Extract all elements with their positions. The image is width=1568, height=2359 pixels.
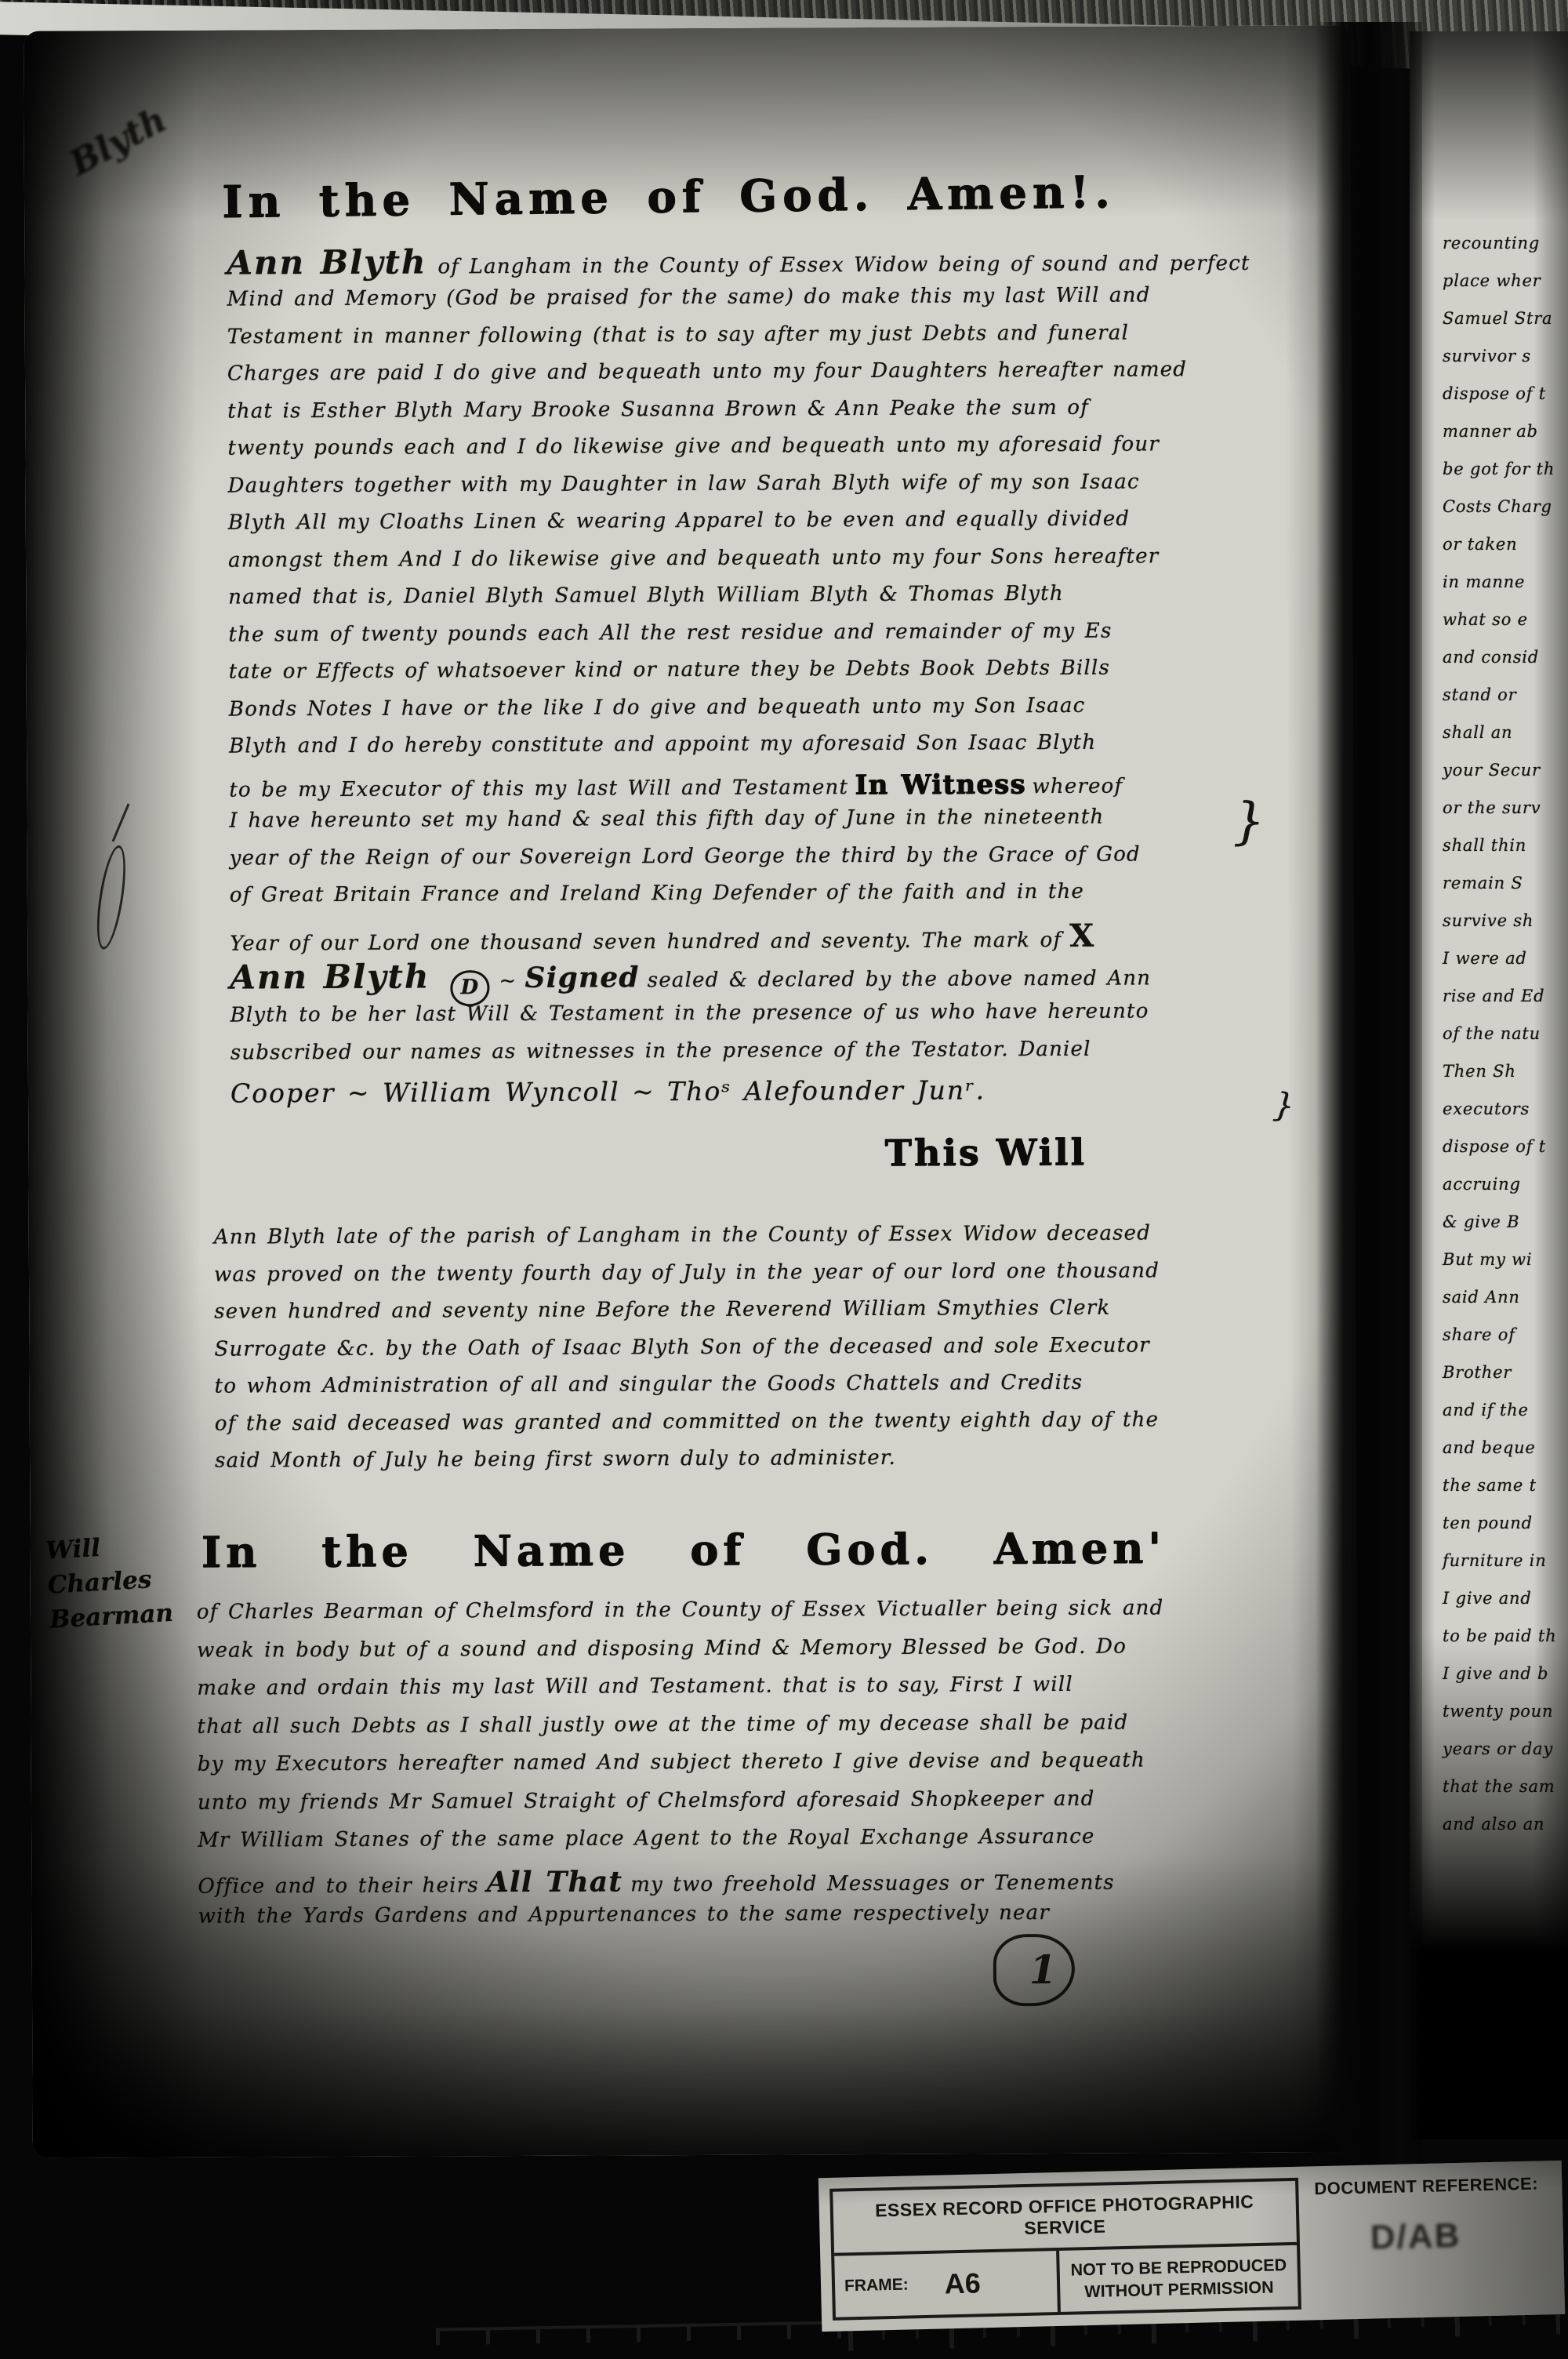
fragment-line: Samuel Stra <box>1443 309 1556 347</box>
fragment-line: that the sam <box>1443 1777 1556 1815</box>
fragment-line: survive sh <box>1443 911 1556 949</box>
will-line: Daughters together with my Daughter in l… <box>228 469 1251 511</box>
document-reference-value: D/AB <box>1370 2214 1555 2258</box>
measuring-scale-faint <box>436 2321 844 2354</box>
fragment-line: and if the <box>1443 1401 1556 1438</box>
signed-word: Signed <box>524 961 639 994</box>
fragment-line: years or day <box>1443 1739 1556 1777</box>
witness-pre: to be my Executor of this my last Will a… <box>229 776 848 801</box>
fragment-line: executors <box>1443 1100 1556 1137</box>
fragment-line: to be paid th <box>1443 1627 1556 1664</box>
will2-text: of Charles Bearman of Chelmsford in the … <box>197 1596 1165 1943</box>
fragment-line: I were ad <box>1443 949 1556 987</box>
fragment-line: in manne <box>1443 572 1556 610</box>
will-line: by my Executors hereafter named And subj… <box>198 1748 1165 1790</box>
will-line: amongst them And I do likewise give and … <box>228 543 1251 585</box>
will-line: Blyth to be her last Will & Testament in… <box>230 999 1254 1041</box>
will2-lines-a: of Charles Bearman of Chelmsford in the … <box>197 1596 1165 1866</box>
testator-mark-x: X <box>1069 917 1094 954</box>
will-line: Blyth All my Cloaths Linen & wearing App… <box>228 507 1251 548</box>
fragment-line: Then Sh <box>1443 1062 1556 1100</box>
fragment-line: or taken <box>1443 535 1556 572</box>
fragment-line: what so e <box>1443 610 1556 648</box>
will1-lines-a: Mind and Memory (God be praised for the … <box>227 283 1253 772</box>
fragment-line: place wher <box>1443 271 1556 309</box>
allthat-pre: Office and to their heirs <box>198 1874 479 1899</box>
testator-name: Ann Blyth <box>227 242 426 282</box>
will2-allthat-line: Office and to their heirsAll Thatmy two … <box>198 1863 1165 1905</box>
probate-line: of the said deceased was granted and com… <box>215 1408 1160 1449</box>
will-line: subscribed our names as witnesses in the… <box>230 1036 1254 1078</box>
brace-mark: } <box>1232 793 1265 851</box>
will-line: year of the Reign of our Sovereign Lord … <box>230 841 1253 883</box>
fragment-line: shall an <box>1443 723 1556 761</box>
frame-label: FRAME: <box>844 2276 909 2296</box>
will-line: the sum of twenty pounds each All the re… <box>228 618 1251 660</box>
reproduction-notice: NOT TO BE REPRODUCED WITHOUT PERMISSION <box>1059 2245 1298 2312</box>
fragment-line: and consid <box>1443 648 1556 685</box>
fragment-line: of the natu <box>1443 1024 1556 1062</box>
will1-witness-line: to be my Executor of this my last Will a… <box>229 767 1252 809</box>
page-number: 1 <box>1029 1946 1057 1993</box>
will1-lines-b: I have hereunto set my hand & seal this … <box>229 805 1253 921</box>
margin-note-will2: WillCharlesBearman <box>45 1527 174 1637</box>
witness-names-line: Cooper ~ William Wyncoll ~ Thoˢ Alefound… <box>230 1074 1254 1133</box>
fragment-lines: recountingplace wherSamuel Strasurvivor … <box>1443 234 1556 1852</box>
photograph-frame: Blyth In the Name of God. Amen!. Ann Bly… <box>0 0 1568 2359</box>
will2-heading: In the Name of God. Amen' <box>201 1522 1165 1576</box>
fragment-line: I give and b <box>1443 1664 1556 1702</box>
probate-text: Ann Blyth late of the parish of Langham … <box>214 1221 1161 1486</box>
fragment-line: furniture in <box>1443 1551 1556 1589</box>
probate-line: Surrogate &c. by the Oath of Isaac Blyth… <box>214 1333 1160 1375</box>
right-page-fragments: recountingplace wherSamuel Strasurvivor … <box>1443 234 1556 1852</box>
allthat-post: my two freehold Messuages or Tenements <box>630 1870 1115 1896</box>
probate-heading: This Will <box>884 1131 1087 1174</box>
fragment-line: stand or <box>1443 685 1556 723</box>
probate-line: to whom Administration of all and singul… <box>215 1370 1160 1412</box>
fragment-line: dispose of t <box>1443 1137 1556 1175</box>
document-reference-section: DOCUMENT REFERENCE: D/AB <box>1298 2161 1566 2321</box>
fragment-line: survivor s <box>1443 347 1556 384</box>
will-line: of Charles Bearman of Chelmsford in the … <box>197 1596 1164 1638</box>
page-number-circle: 1 <box>993 1934 1075 2006</box>
notice-line-2: WITHOUT PERMISSION <box>1084 2277 1274 2303</box>
probate-line: seven hundred and seventy nine Before th… <box>214 1296 1160 1337</box>
fragment-line: recounting <box>1443 234 1556 271</box>
fragment-line: ten pound <box>1443 1514 1556 1551</box>
will1-signature-line: Ann BlythD~Signedsealed & declared by th… <box>230 954 1253 1004</box>
fragment-line: rise and Ed <box>1443 987 1556 1024</box>
probate-line: Ann Blyth late of the parish of Langham … <box>214 1221 1160 1263</box>
fragment-line: & give B <box>1443 1212 1556 1250</box>
fragment-line: and beque <box>1443 1438 1556 1476</box>
will-line: that all such Debts as I shall justly ow… <box>197 1710 1164 1753</box>
seal-mark: D <box>450 970 489 1006</box>
margin-will2-lines: WillCharlesBearman <box>45 1527 174 1637</box>
adjacent-page-edge: recountingplace wherSamuel Strasurvivor … <box>1410 31 1568 2139</box>
will1-opening-rest: of Langham in the County of Essex Widow … <box>437 252 1250 279</box>
will-line: make and ordain this my last Will and Te… <box>197 1672 1164 1714</box>
will1-mark-line: Year of our Lord one thousand seven hund… <box>230 916 1253 958</box>
fragment-line: manner ab <box>1443 422 1556 460</box>
document-reference-label: DOCUMENT REFERENCE: <box>1314 2173 1555 2199</box>
frame-value: A6 <box>944 2266 981 2300</box>
label-row: FRAME: A6 NOT TO BE REPRODUCED WITHOUT P… <box>834 2245 1298 2317</box>
fragment-line: shall thin <box>1443 836 1556 874</box>
signature-rest: sealed & declared by the above named Ann <box>648 966 1152 992</box>
fragment-line: be got for th <box>1443 460 1556 497</box>
label-table: ESSEX RECORD OFFICE PHOTOGRAPHIC SERVICE… <box>829 2178 1301 2321</box>
fragment-line: your Secur <box>1443 761 1556 798</box>
will1-text: Ann Blythof Langham in the County of Ess… <box>227 239 1254 1133</box>
fragment-line: Costs Charg <box>1443 497 1556 535</box>
binding-gutter-shadow <box>1316 22 1422 2188</box>
fragment-line: the same t <box>1443 1476 1556 1514</box>
will-line: unto my friends Mr Samuel Straight of Ch… <box>198 1787 1165 1829</box>
will-line: named that is, Daniel Blyth Samuel Blyth… <box>228 581 1251 623</box>
document-page: Blyth In the Name of God. Amen!. Ann Bly… <box>24 25 1359 2157</box>
fragment-line: dispose of t <box>1443 384 1556 422</box>
will-line: Blyth and I do hereby constitute and app… <box>229 730 1252 772</box>
fragment-line: remain S <box>1443 874 1556 911</box>
signature-name: Ann Blyth <box>230 957 430 996</box>
will-line: weak in body but of a sound and disposin… <box>197 1634 1164 1677</box>
fragment-line: twenty poun <box>1443 1702 1556 1739</box>
tilde: ~ <box>499 969 517 993</box>
will1-lines-c: Blyth to be her last Will & Testament in… <box>230 999 1254 1078</box>
fragment-line: share of <box>1443 1325 1556 1363</box>
will-line: Mind and Memory (God be praised for the … <box>227 283 1250 325</box>
brace-mark-2: } <box>1272 1085 1297 1125</box>
label-service-title: ESSEX RECORD OFFICE PHOTOGRAPHIC SERVICE <box>833 2181 1297 2256</box>
will-line: of Great Britain France and Ireland King… <box>230 879 1253 921</box>
mark-pre: Year of our Lord one thousand seven hund… <box>230 928 1062 955</box>
margin-line: Bearman <box>49 1596 174 1637</box>
will-line: Testament in manner following (that is t… <box>227 320 1250 362</box>
witness-post: whereof <box>1032 774 1123 798</box>
fragment-line: I give and <box>1443 1589 1556 1627</box>
frame-cell: FRAME: A6 <box>834 2251 1061 2317</box>
fragment-line: said Ann <box>1443 1288 1556 1325</box>
probate-line: was proved on the twenty fourth day of J… <box>214 1259 1160 1300</box>
will1-opening-line: Ann Blythof Langham in the County of Ess… <box>227 239 1250 288</box>
fragment-line: and also an <box>1443 1815 1556 1852</box>
margin-note-blyth: Blyth <box>63 100 172 184</box>
probate-lines: Ann Blyth late of the parish of Langham … <box>214 1221 1161 1486</box>
archive-label-card: ESSEX RECORD OFFICE PHOTOGRAPHIC SERVICE… <box>818 2161 1565 2332</box>
will-line: twenty pounds each and I do likewise giv… <box>227 432 1250 474</box>
in-witness-blackletter: In Witness <box>855 769 1025 801</box>
probate-line: said Month of July he being first sworn … <box>215 1445 1160 1486</box>
will-line: tate or Effects of whatsoever kind or na… <box>229 656 1252 697</box>
fragment-line: But my wi <box>1443 1250 1556 1288</box>
fragment-line: or the surv <box>1443 798 1556 836</box>
ink-flourish-mark <box>92 844 131 951</box>
fragment-line: Brother <box>1443 1363 1556 1401</box>
fragment-line: accruing <box>1443 1175 1556 1212</box>
will-line: Mr William Stanes of the same place Agen… <box>198 1824 1165 1866</box>
will-line: Charges are paid I do give and bequeath … <box>227 358 1250 399</box>
will1-heading: In the Name of God. Amen!. <box>222 166 1116 228</box>
will-line: I have hereunto set my hand & seal this … <box>229 805 1252 846</box>
will-line: Bonds Notes I have or the like I do give… <box>229 692 1252 734</box>
all-that-emphasis: All That <box>487 1865 623 1899</box>
will-line: that is Esther Blyth Mary Brooke Susanna… <box>227 394 1250 436</box>
